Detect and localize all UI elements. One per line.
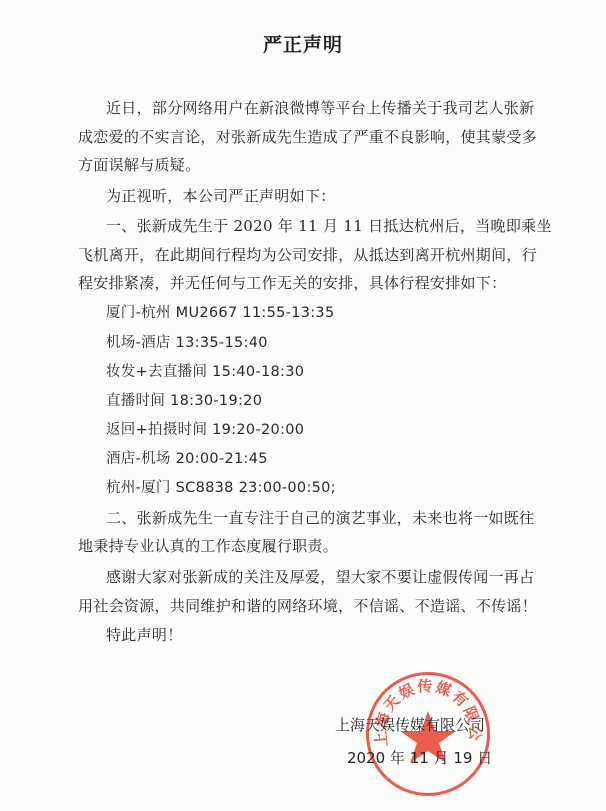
schedule-item: 机场-酒店 13:35-15:40 (106, 333, 268, 353)
schedule-item: 厦门-杭州 MU2667 11:55-13:35 (106, 303, 334, 323)
schedule-item: 杭州-厦门 SC8838 23:00-00:50; (106, 478, 336, 498)
paragraph-3-line-1: 一、张新成先生于 2020 年 11 月 11 日抵达杭州后，当晚即乘坐 (106, 216, 552, 236)
paragraph-1-line-2: 成恋爱的不实言论，对张新成先生造成了严重不良影响，使其蒙受多 (78, 127, 537, 147)
schedule-item: 妆发+去直播间 15:40-18:30 (106, 362, 304, 382)
schedule-item: 酒店-机场 20:00-21:45 (106, 449, 268, 469)
signature-company: 上海天娱传媒有限公司 (335, 714, 485, 735)
paragraph-1-line-3: 方面误解与质疑。 (78, 155, 200, 175)
paragraph-4-line-2: 地秉持专业认真的工作态度履行职责。 (78, 536, 338, 556)
schedule-item: 直播时间 18:30-19:20 (106, 391, 262, 411)
paragraph-5-line-1: 感谢大家对张新成的关注及厚爱，望大家不要让虚假传闻一再占 (106, 567, 534, 587)
document-title: 严正声明 (0, 30, 606, 57)
paragraph-5-line-2: 用社会资源，共同维护和谐的网络环境，不信谣、不造谣、不传谣！ (78, 596, 537, 616)
closing-statement: 特此声明！ (106, 625, 183, 645)
paragraph-4-line-1: 二、张新成先生一直专注于自己的演艺事业，未来也将一如既往 (106, 508, 534, 528)
paragraph-3-line-2: 飞机离开，在此期间行程均为公司安排，从抵达到离开杭州期间，行 (78, 245, 537, 265)
paragraph-3-line-3: 程安排紧凑，并无任何与工作无关的安排，具体行程安排如下： (78, 273, 506, 293)
paragraph-2-line-1: 为正视听，本公司严正声明如下： (106, 186, 336, 206)
signature-date: 2020 年 11 月 19 日 (347, 747, 492, 768)
schedule-item: 返回+拍摄时间 19:20-20:00 (106, 420, 304, 440)
paragraph-1-line-1: 近日，部分网络用户在新浪微博等平台上传播关于我司艺人张新 (106, 98, 534, 118)
